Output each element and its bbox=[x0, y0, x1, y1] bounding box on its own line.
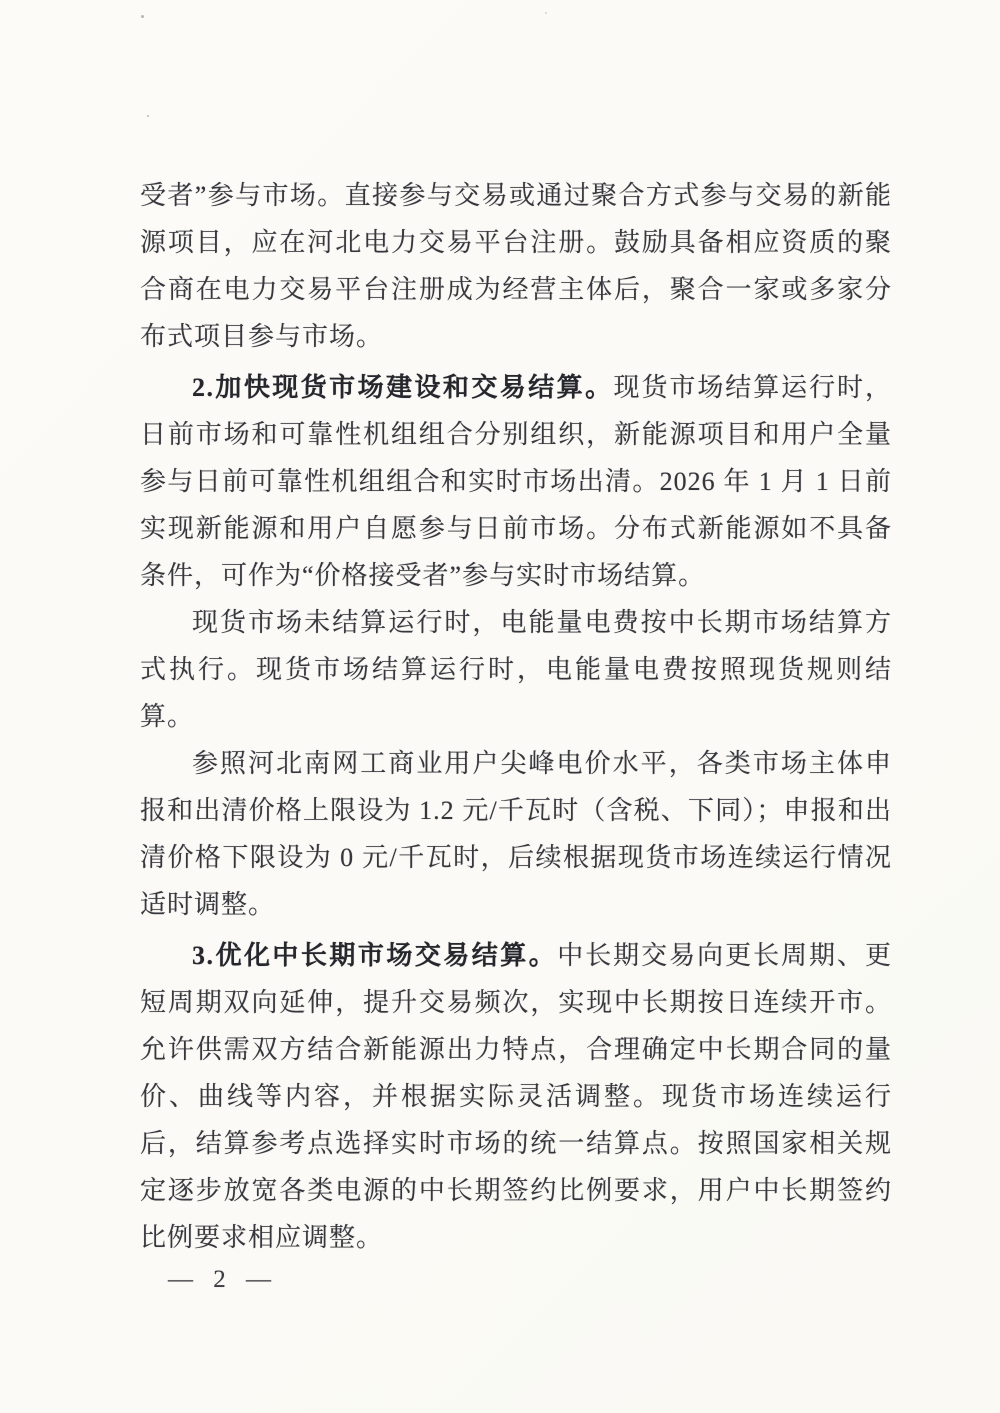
page-number: — 2 — bbox=[168, 1260, 278, 1300]
scan-speck bbox=[147, 115, 149, 117]
paragraph-text: 参照河北南网工商业用户尖峰电价水平，各类市场主体申报和出清价格上限设为 1.2 … bbox=[140, 749, 892, 919]
scanned-document-page: 受者”参与市场。直接参与交易或通过聚合方式参与交易的新能源项目，应在河北电力交易… bbox=[0, 0, 1000, 1413]
paragraph-spot-settlement: 现货市场未结算运行时，电能量电费按中长期市场结算方式执行。现货市场结算运行时，电… bbox=[140, 599, 892, 740]
section-2-heading: 2.加快现货市场建设和交易结算。 bbox=[192, 373, 614, 402]
paragraph-section-2: 2.加快现货市场建设和交易结算。现货市场结算运行时，日前市场和可靠性机组组合分别… bbox=[140, 364, 892, 599]
scan-speck bbox=[141, 15, 144, 18]
paragraph-text: 受者”参与市场。直接参与交易或通过聚合方式参与交易的新能源项目，应在河北电力交易… bbox=[140, 181, 892, 351]
paragraph-section-3: 3.优化中长期市场交易结算。中长期交易向更长周期、更短周期双向延伸，提升交易频次… bbox=[140, 932, 892, 1261]
scan-speck bbox=[545, 12, 547, 14]
paragraph-text: 现货市场未结算运行时，电能量电费按中长期市场结算方式执行。现货市场结算运行时，电… bbox=[140, 608, 892, 731]
document-body: 受者”参与市场。直接参与交易或通过聚合方式参与交易的新能源项目，应在河北电力交易… bbox=[140, 172, 892, 1261]
paragraph-price-limits: 参照河北南网工商业用户尖峰电价水平，各类市场主体申报和出清价格上限设为 1.2 … bbox=[140, 740, 892, 928]
section-3-heading: 3.优化中长期市场交易结算。 bbox=[192, 941, 557, 970]
paragraph-continuation: 受者”参与市场。直接参与交易或通过聚合方式参与交易的新能源项目，应在河北电力交易… bbox=[140, 172, 892, 360]
paragraph-text: 中长期交易向更长周期、更短周期双向延伸，提升交易频次，实现中长期按日连续开市。允… bbox=[140, 941, 892, 1252]
paragraph-text: 现货市场结算运行时，日前市场和可靠性机组组合分别组织，新能源项目和用户全量参与日… bbox=[140, 373, 892, 590]
